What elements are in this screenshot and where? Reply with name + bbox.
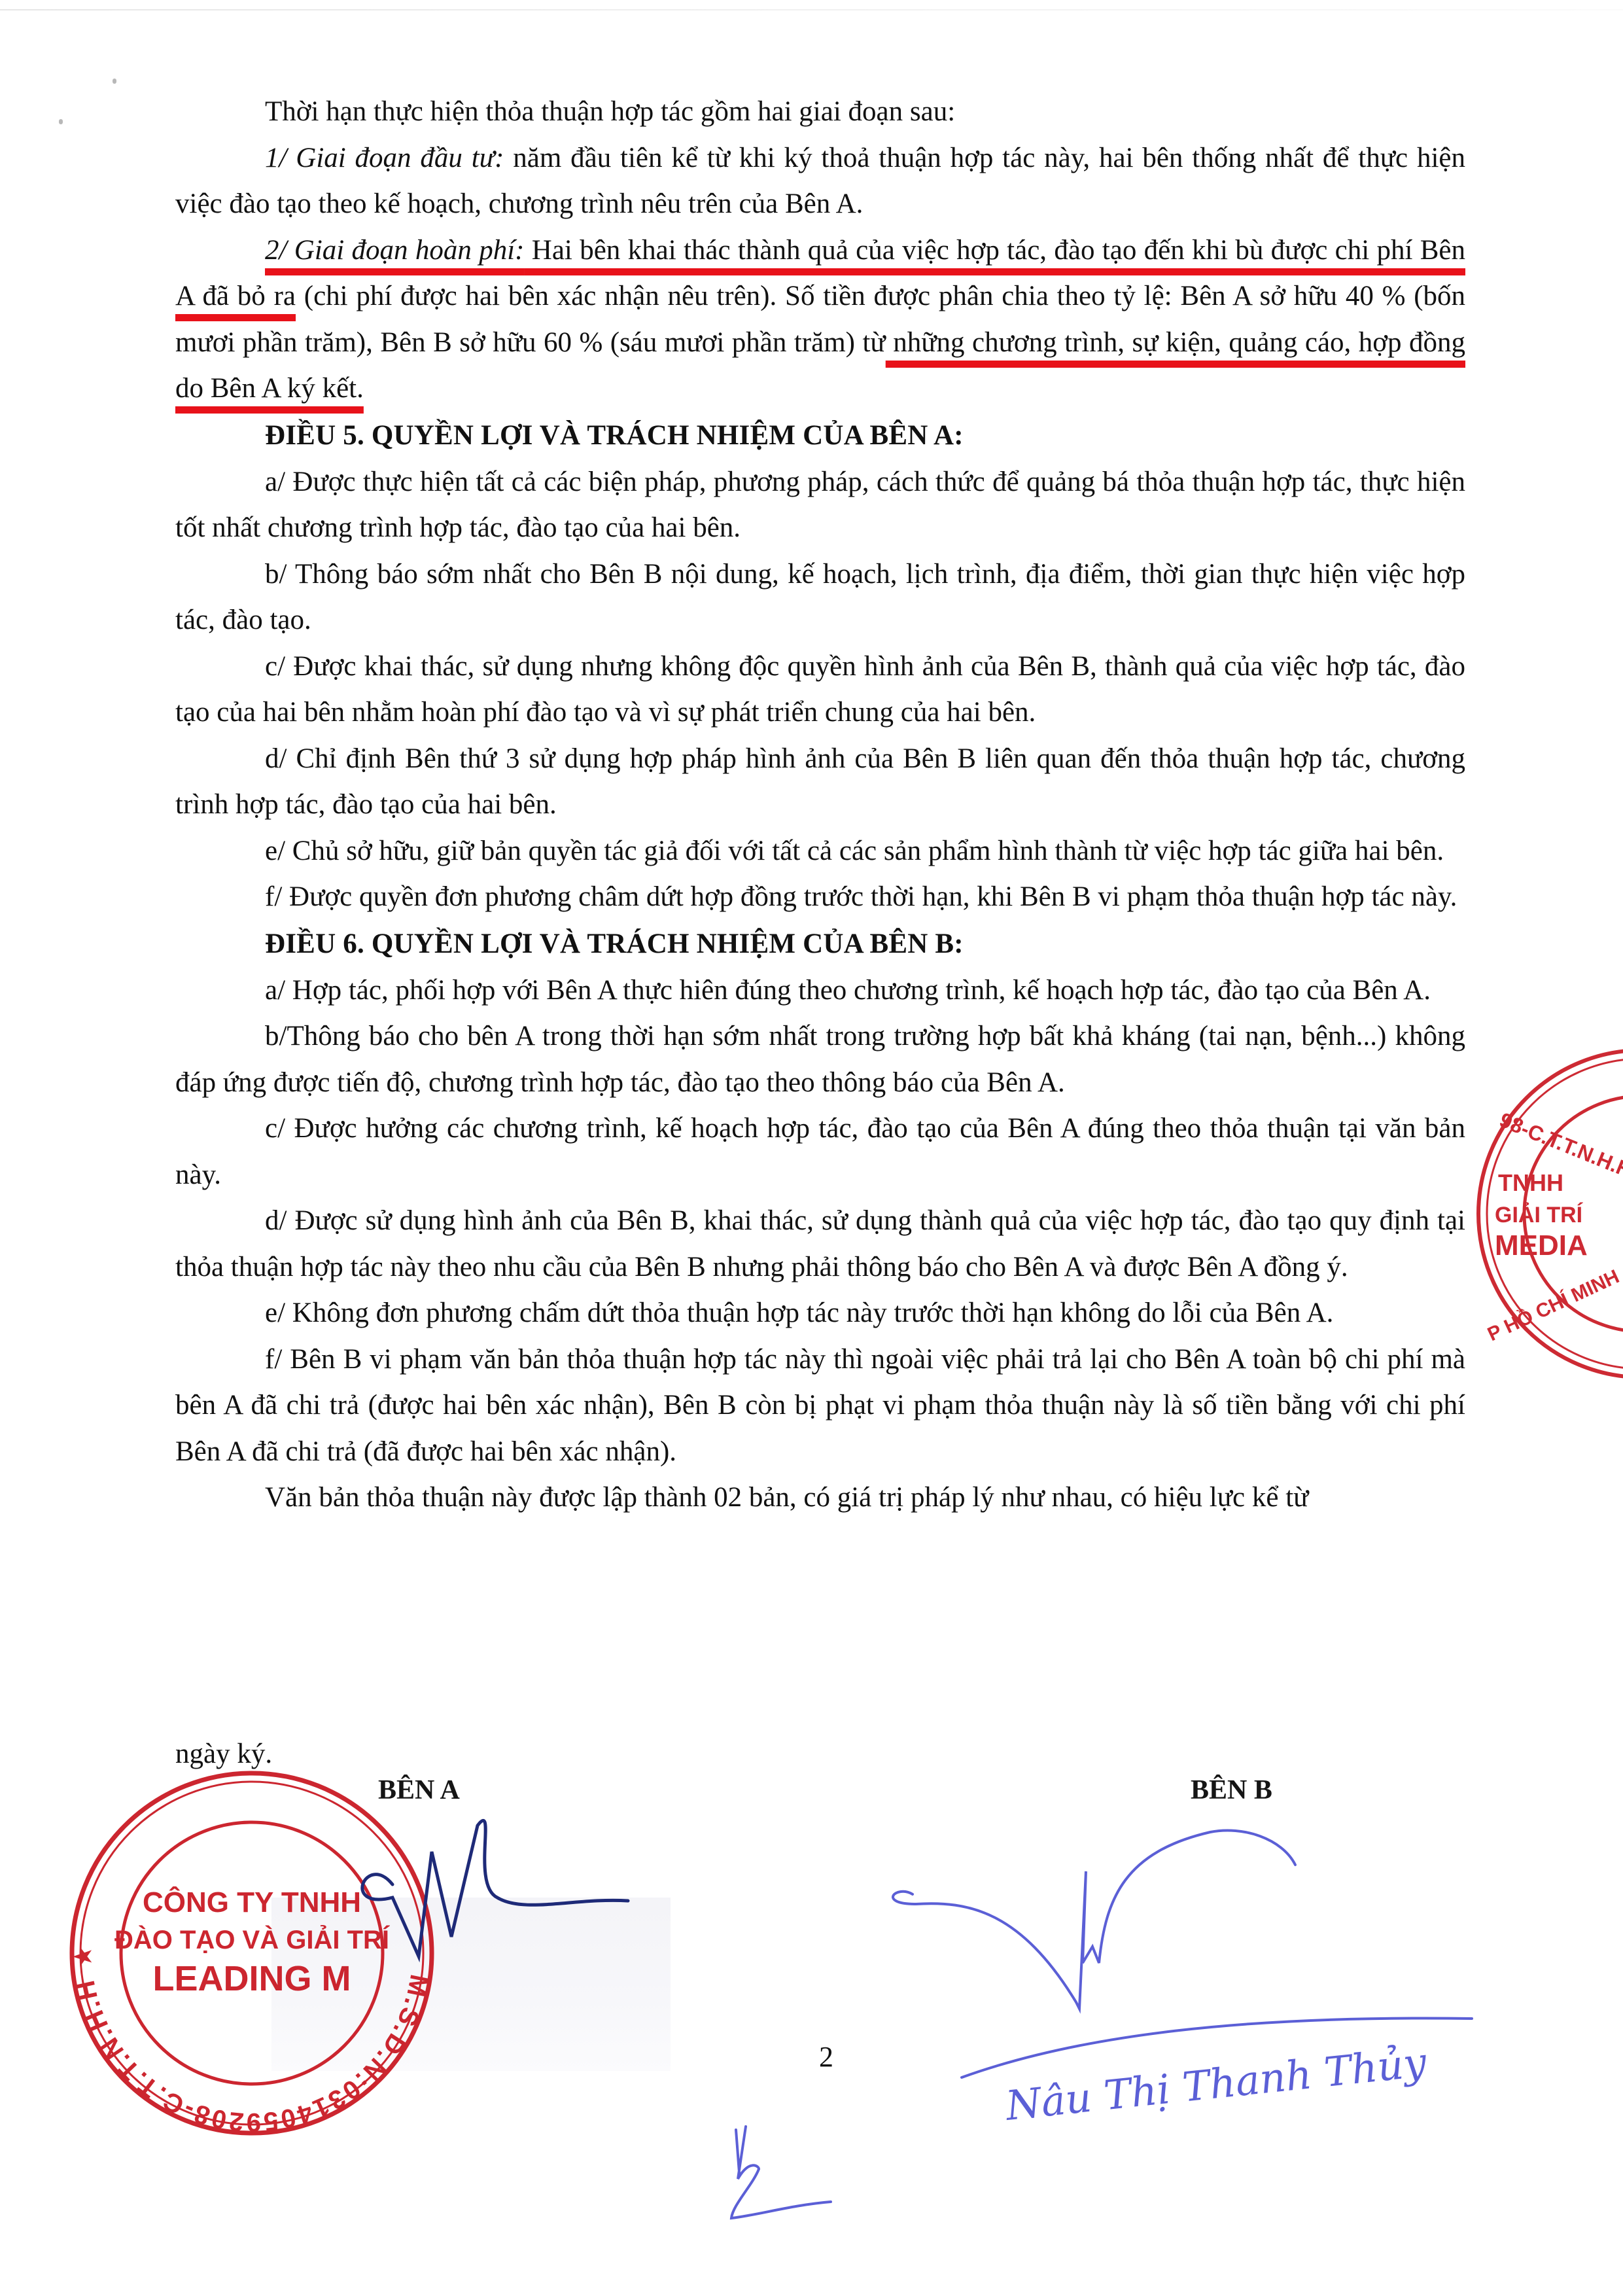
stamp-line3: LEADING M — [153, 1959, 351, 1998]
margin-stamp-line3: MEDIA — [1495, 1229, 1588, 1262]
party-b-handwritten-name: Nâu Thị Thanh Thủy — [1002, 2038, 1429, 2130]
margin-stamp-line1: TNHH — [1498, 1169, 1563, 1196]
initials-mark — [731, 2127, 831, 2218]
margin-stamp-line2: GIẢI TRÍ — [1495, 1203, 1584, 1227]
stamps-and-signatures: M.S.D.N:0314059208-C.T.T.N.H.H ★ Q.BÌNH … — [0, 0, 1623, 2296]
margin-stamp-partial: 98-C.T.T.N.H.H P HỒ CHÍ MINH TNHH GIẢI T… — [1478, 1050, 1623, 1377]
company-stamp-party-a: M.S.D.N:0314059208-C.T.T.N.H.H ★ Q.BÌNH … — [0, 0, 434, 2136]
document-page: Thời hạn thực hiện thỏa thuận hợp tác gồ… — [0, 0, 1623, 2296]
stamp-line1: CÔNG TY TNHH — [143, 1885, 361, 1918]
stamp-line2: ĐÀO TẠO VÀ GIẢI TRÍ — [114, 1924, 390, 1954]
party-b-signature — [893, 1830, 1295, 2009]
party-a-signature — [362, 1820, 628, 1956]
